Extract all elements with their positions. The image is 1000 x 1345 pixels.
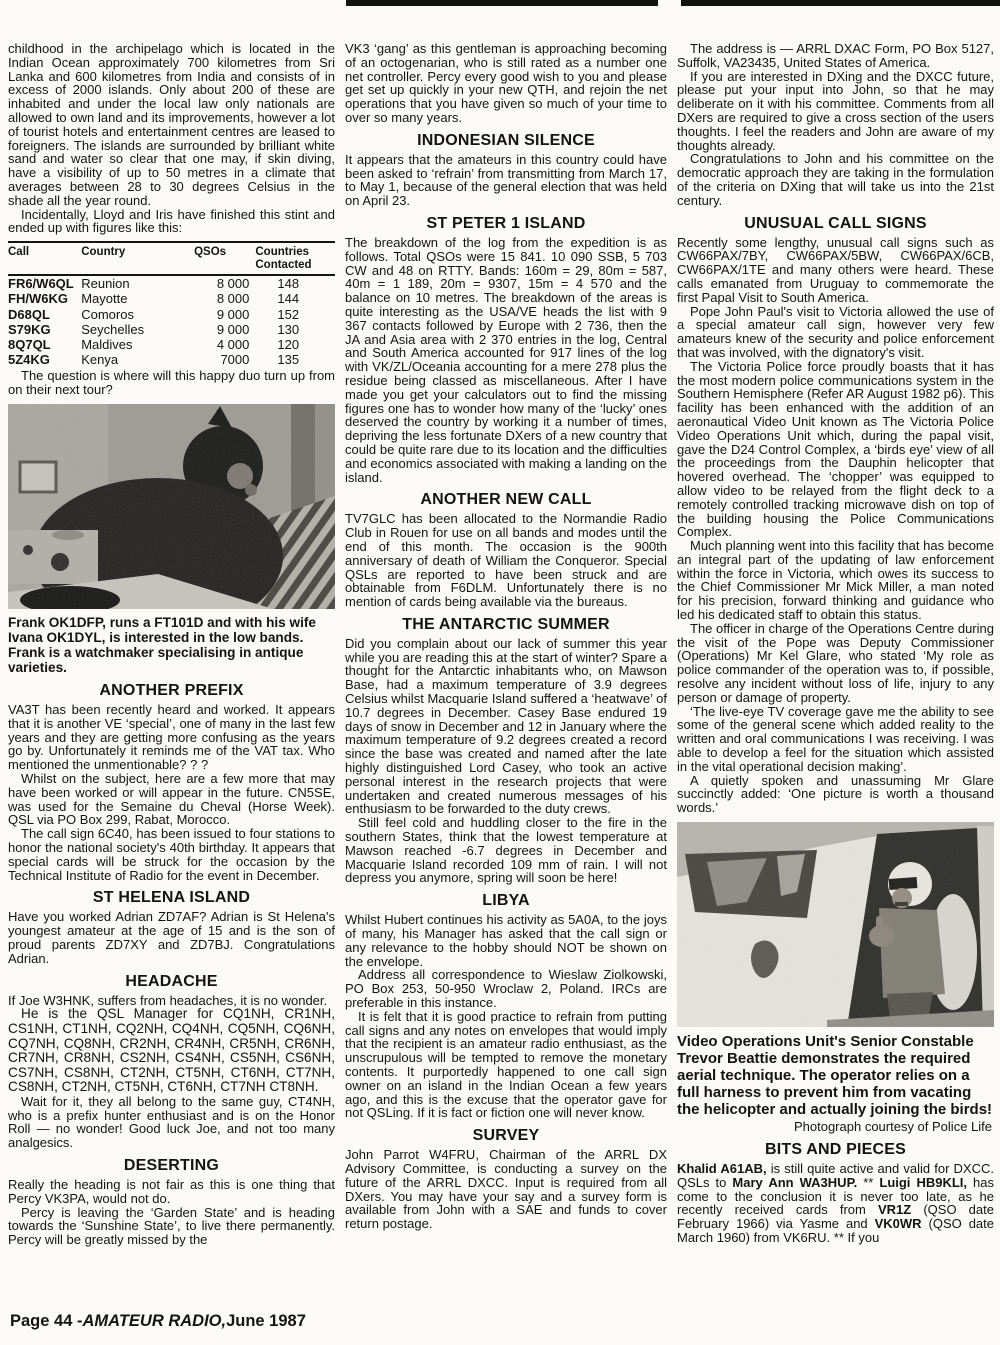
paragraph: Address all correspondence to Wieslaw Zi…: [345, 968, 667, 1009]
photo-caption: Video Operations Unit's Senior Constable…: [677, 1033, 994, 1118]
paragraph: Much planning went into this facility th…: [677, 539, 994, 622]
paragraph: Have you worked Adrian ZD7AF? Adrian is …: [8, 910, 335, 965]
section-heading: BITS AND PIECES: [677, 1141, 994, 1159]
col-header-qsos: QSOs: [194, 242, 255, 275]
table-row: 5Z4KG Kenya 7000 135: [8, 352, 335, 367]
paragraph: If Joe W3HNK, suffers from headaches, it…: [8, 994, 335, 1008]
qso-table: Call Country QSOs Countries Contacted FR…: [8, 241, 335, 367]
top-crop-bar-middle: [346, 0, 658, 6]
paragraph: He is the QSL Manager for CQ1NH, CR1NH, …: [8, 1007, 335, 1095]
section-heading: HEADACHE: [8, 973, 335, 991]
paragraph: A quietly spoken and unassuming Mr Glare…: [677, 774, 994, 815]
paragraph: If you are interested in DXing and the D…: [677, 70, 994, 153]
paragraph: It is felt that it is good practice to r…: [345, 1010, 667, 1120]
paragraph: It appears that the amateurs in this cou…: [345, 153, 667, 208]
paragraph: Congratulations to John and his committe…: [677, 152, 994, 207]
col-header-country: Country: [81, 242, 194, 275]
paragraph: The breakdown of the log from the expedi…: [345, 236, 667, 484]
table-row: 8Q7QL Maldives 4 000 120: [8, 337, 335, 352]
col-header-call: Call: [8, 242, 81, 275]
frank-at-radio-photo: [8, 404, 335, 609]
col-header-countries-contacted: Countries Contacted: [255, 242, 335, 275]
section-heading: ANOTHER NEW CALL: [345, 491, 667, 509]
table-row: FR6/W6QL Reunion 8 000 148: [8, 275, 335, 291]
section-heading: ST HELENA ISLAND: [8, 889, 335, 907]
table-row: D68QL Comoros 9 000 152: [8, 307, 335, 322]
paragraph: The officer in charge of the Operations …: [677, 622, 994, 705]
paragraph: The question is where will this happy du…: [8, 369, 335, 397]
paragraph: Pope John Paul's visit to Victoria allow…: [677, 305, 994, 360]
section-heading: THE ANTARCTIC SUMMER: [345, 616, 667, 634]
section-heading: ST PETER 1 ISLAND: [345, 215, 667, 233]
paragraph: John Parrot W4FRU, Chairman of the ARRL …: [345, 1148, 667, 1231]
column-3: The address is — ARRL DXAC Form, PO Box …: [677, 42, 994, 1304]
paragraph: TV7GLC has been allocated to the Normand…: [345, 512, 667, 609]
paragraph: The Victoria Police force proudly boasts…: [677, 360, 994, 539]
paragraph: Percy is leaving the ‘Garden State’ and …: [8, 1206, 335, 1247]
helicopter-photo: [677, 822, 994, 1027]
paragraph: Wait for it, they all belong to the same…: [8, 1095, 335, 1150]
footer-issue-date: June 1987: [226, 1312, 306, 1330]
paragraph: Incidentally, Lloyd and Iris have finish…: [8, 208, 335, 236]
table-header-row: Call Country QSOs Countries Contacted: [8, 242, 335, 275]
section-heading: INDONESIAN SILENCE: [345, 132, 667, 150]
paragraph: childhood in the archipelago which is lo…: [8, 42, 335, 208]
table-row: FH/W6KG Mayotte 8 000 144: [8, 291, 335, 306]
footer-magazine-title: AMATEUR RADIO,: [82, 1312, 226, 1330]
section-heading: UNUSUAL CALL SIGNS: [677, 215, 994, 233]
paragraph: VA3T has been recently heard and worked.…: [8, 703, 335, 772]
section-heading: SURVEY: [345, 1127, 667, 1145]
table-row: S79KG Seychelles 9 000 130: [8, 322, 335, 337]
photo-credit: Photograph courtesy of Police Life: [677, 1119, 992, 1134]
paragraph: Whilst Hubert continues his activity as …: [345, 913, 667, 968]
paragraph: Recently some lengthy, unusual call sign…: [677, 236, 994, 305]
paragraph: ‘The live-eye TV coverage gave me the ab…: [677, 705, 994, 774]
paragraph: The call sign 6C40, has been issued to f…: [8, 827, 335, 882]
photo-caption: Frank OK1DFP, runs a FT101D and with his…: [8, 615, 335, 675]
column-2: VK3 ‘gang’ as this gentleman is approach…: [345, 42, 667, 1304]
paragraph: VK3 ‘gang’ as this gentleman is approach…: [345, 42, 667, 125]
page-columns: childhood in the archipelago which is lo…: [8, 42, 994, 1304]
section-heading: ANOTHER PREFIX: [8, 682, 335, 700]
page-footer: Page 44 -AMATEUR RADIO,June 1987: [10, 1312, 306, 1331]
column-1: childhood in the archipelago which is lo…: [8, 42, 335, 1304]
paragraph: Did you complain about our lack of summe…: [345, 637, 667, 816]
paragraph: The address is — ARRL DXAC Form, PO Box …: [677, 42, 994, 70]
paragraph: Still feel cold and huddling closer to t…: [345, 816, 667, 885]
top-crop-bar-right: [681, 0, 1000, 6]
section-heading: LIBYA: [345, 892, 667, 910]
paragraph: Whilst on the subject, here are a few mo…: [8, 772, 335, 827]
paragraph: Really the heading is not fair as this i…: [8, 1178, 335, 1206]
footer-page-number: Page 44 -: [10, 1312, 82, 1330]
section-heading: DESERTING: [8, 1157, 335, 1175]
paragraph: Khalid A61AB, is still quite active and …: [677, 1162, 994, 1245]
